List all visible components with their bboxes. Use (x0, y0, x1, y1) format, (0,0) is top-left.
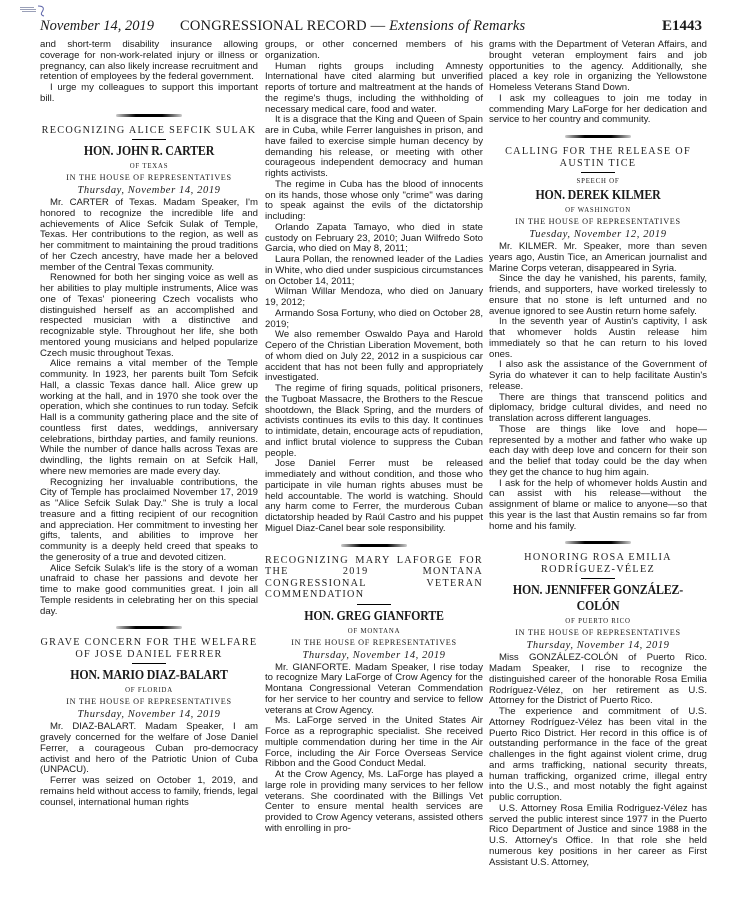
speaker-state: OF FLORIDA (40, 686, 258, 696)
speaker-state: OF WASHINGTON (489, 206, 707, 216)
paragraph: In the seventh year of Austin's captivit… (489, 317, 707, 360)
section-divider (116, 626, 182, 629)
paragraph: Renowned for both her singing voice as w… (40, 273, 258, 359)
title-rule (581, 172, 615, 173)
paragraph: Armando Sosa Fortuny, who died on Octobe… (265, 309, 483, 331)
paragraph: U.S. Attorney Rosa Emilia Rodriguez-Véle… (489, 804, 707, 869)
paragraph: and short-term disability insurance allo… (40, 40, 258, 83)
speaker-name: HON. JOHN R. CARTER (56, 144, 241, 160)
speech-date: Tuesday, November 12, 2019 (489, 228, 707, 241)
section-name: Extensions of Remarks (389, 18, 525, 34)
chamber: IN THE HOUSE OF REPRESENTATIVES (489, 627, 707, 639)
paragraph: I ask my colleagues to join me today in … (489, 94, 707, 126)
speaker-name: HON. JENNIFFER GONZÁLEZ-COLÓN (505, 583, 690, 615)
speech-of-label: SPEECH OF (489, 177, 707, 187)
chamber: IN THE HOUSE OF REPRESENTATIVES (40, 172, 258, 184)
paragraph: Since the day he vanished, his parents, … (489, 274, 707, 317)
chamber: IN THE HOUSE OF REPRESENTATIVES (40, 696, 258, 708)
paragraph: I also ask the assistance of the Governm… (489, 360, 707, 392)
section-divider (565, 135, 631, 138)
speaker-name: HON. MARIO DIAZ-BALART (56, 668, 241, 684)
paragraph: I ask for the help of whomever holds Aus… (489, 479, 707, 533)
paragraph: Mr. KILMER. Mr. Speaker, more than seven… (489, 242, 707, 274)
paragraph: Orlando Zapata Tamayo, who died in state… (265, 223, 483, 255)
section-title: CALLING FOR THE RELEASE OF AUSTIN TICE (489, 146, 707, 169)
paragraph: Ferrer was seized on October 1, 2019, an… (40, 776, 258, 808)
paragraph: groups, or other concerned members of hi… (265, 40, 483, 62)
paragraph: grams with the Department of Veteran Aff… (489, 40, 707, 94)
paragraph: The experience and commitment of U.S. At… (489, 707, 707, 804)
chamber: IN THE HOUSE OF REPRESENTATIVES (265, 637, 483, 649)
header-date: November 14, 2019 (40, 18, 154, 35)
section-title: GRAVE CONCERN FOR THE WELFARE OF JOSE DA… (40, 637, 258, 660)
paragraph: Miss GONZÁLEZ-COLÓN of Puerto Rico. Mada… (489, 653, 707, 707)
paragraph: We also remember Oswaldo Paya and Harold… (265, 330, 483, 384)
paragraph: Alice Sefcik Sulak's life is the story o… (40, 564, 258, 618)
speech-date: Thursday, November 14, 2019 (40, 708, 258, 721)
publication-name: CONGRESSIONAL RECORD (180, 18, 367, 34)
title-rule (357, 604, 391, 605)
section-divider (341, 544, 407, 547)
header-title: CONGRESSIONAL RECORD — Extensions of Rem… (180, 18, 525, 35)
paragraph: Human rights groups including Amnesty In… (265, 62, 483, 116)
title-rule (581, 578, 615, 579)
column-2: groups, or other concerned members of hi… (265, 40, 483, 835)
chamber: IN THE HOUSE OF REPRESENTATIVES (489, 216, 707, 228)
page-number: E1443 (662, 18, 702, 35)
paragraph: Wilman Willar Mendoza, who died on Janua… (265, 287, 483, 309)
paragraph: It is a disgrace that the King and Queen… (265, 115, 483, 180)
column-3: grams with the Department of Veteran Aff… (489, 40, 707, 868)
speaker-name: HON. GREG GIANFORTE (281, 609, 466, 625)
column-1: and short-term disability insurance allo… (40, 40, 258, 808)
speech-date: Thursday, November 14, 2019 (489, 639, 707, 652)
section-title: RECOGNIZING MARY LAFORGE FOR THE 2019 MO… (265, 555, 483, 601)
speech-date: Thursday, November 14, 2019 (40, 184, 258, 197)
paragraph: Mr. DIAZ-BALART. Madam Speaker, I am gra… (40, 722, 258, 776)
gpo-logo-icon (20, 4, 50, 18)
title-rule (132, 663, 166, 664)
speech-date: Thursday, November 14, 2019 (265, 649, 483, 662)
section-divider (565, 541, 631, 544)
speaker-name: HON. DEREK KILMER (505, 188, 690, 204)
paragraph: Ms. LaForge served in the United States … (265, 716, 483, 770)
section-divider (116, 114, 182, 117)
paragraph: Alice remains a vital member of the Temp… (40, 359, 258, 477)
paragraph: The regime of firing squads, political p… (265, 384, 483, 459)
speaker-state: OF PUERTO RICO (489, 617, 707, 627)
paragraph: The regime in Cuba has the blood of inno… (265, 180, 483, 223)
paragraph: I urge my colleagues to support this imp… (40, 83, 258, 105)
paragraph: Mr. CARTER of Texas. Madam Speaker, I'm … (40, 198, 258, 273)
paragraph: Those are things like love and hope—repr… (489, 425, 707, 479)
paragraph: Recognizing her invaluable contributions… (40, 478, 258, 564)
page-header: November 14, 2019 CONGRESSIONAL RECORD —… (40, 18, 702, 36)
speaker-state: OF MONTANA (265, 627, 483, 637)
speaker-state: OF TEXAS (40, 162, 258, 172)
paragraph: At the Crow Agency, Ms. LaForge has play… (265, 770, 483, 835)
title-rule (132, 139, 166, 140)
section-title: HONORING ROSA EMILIA RODRÍGUEZ-VÉLEZ (489, 552, 707, 575)
title-dash: — (367, 18, 389, 34)
section-title: RECOGNIZING ALICE SEFCIK SULAK (40, 125, 258, 137)
paragraph: Laura Pollan, the renowned leader of the… (265, 255, 483, 287)
paragraph: Mr. GIANFORTE. Madam Speaker, I rise tod… (265, 663, 483, 717)
paragraph: There are things that transcend politics… (489, 393, 707, 425)
paragraph: Jose Daniel Ferrer must be released imme… (265, 459, 483, 534)
